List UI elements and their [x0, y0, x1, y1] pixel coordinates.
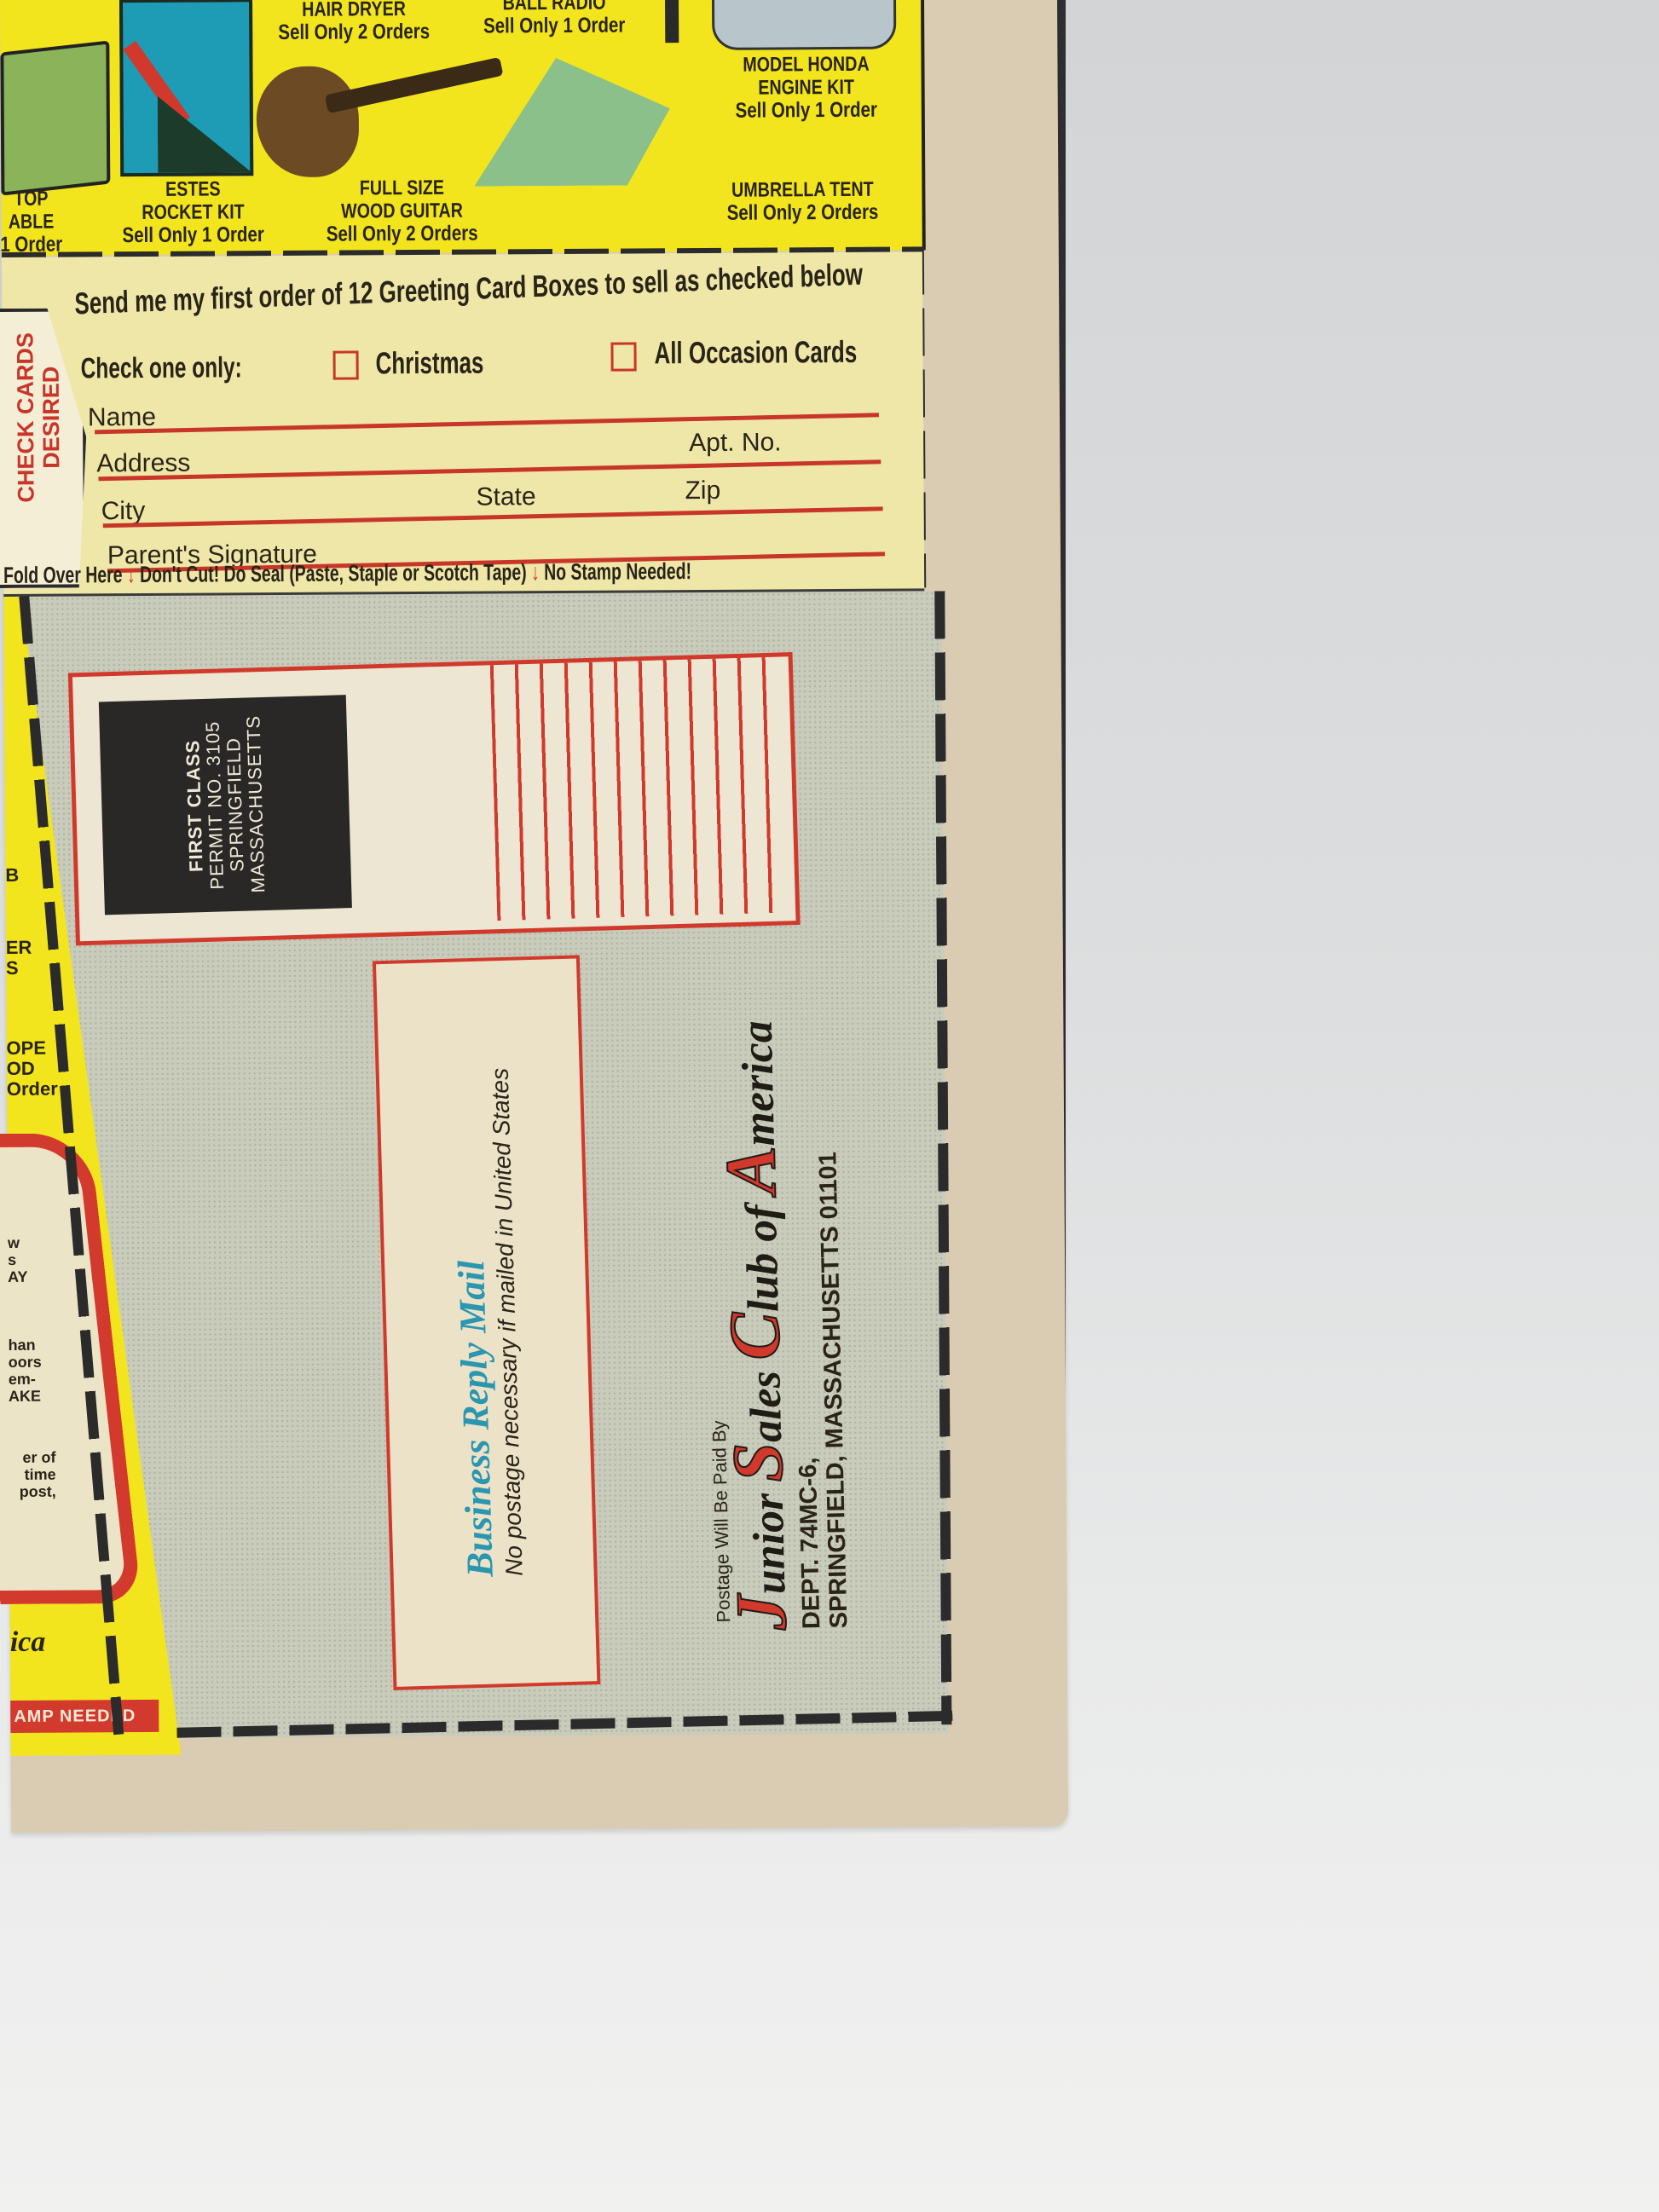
- left-ad-fragment: w s AY: [8, 1234, 28, 1285]
- fragment: em-: [9, 1371, 42, 1388]
- order-form: Send me my first order of 12 Greeting Ca…: [2, 251, 924, 595]
- fragment: AKE: [9, 1388, 42, 1405]
- left-ad-fragment: B: [5, 865, 19, 886]
- christmas-checkbox[interactable]: [333, 350, 359, 379]
- left-ad-fragment: OPE OD Order: [6, 1038, 57, 1100]
- fragment: time: [9, 1466, 56, 1483]
- prize-label-tent: UMBRELLA TENT Sell Only 2 Orders: [719, 178, 887, 225]
- prize-name: TOP ABLE: [0, 188, 63, 234]
- logo-initial: C: [715, 1311, 795, 1360]
- rocket-kit-box-illustration: [119, 0, 253, 176]
- tent-illustration: [473, 57, 670, 186]
- logo-word: ales: [741, 1360, 791, 1443]
- reply-text: Business Reply Mail No postage necessary…: [446, 1068, 529, 1578]
- all-occasion-label: All Occasion Cards: [654, 334, 857, 371]
- table-game-illustration: [0, 40, 110, 195]
- prize-name: MODEL HONDA ENGINE KIT: [725, 53, 887, 100]
- address-label: Address: [96, 449, 190, 479]
- left-ad-fragment: ER S: [6, 938, 32, 979]
- prize-label-radio: BALL RADIO Sell Only 1 Order: [471, 0, 639, 38]
- fragment: AY: [8, 1268, 27, 1285]
- city-label: City: [101, 497, 146, 526]
- fragment: OD: [7, 1059, 58, 1079]
- fragment: han: [9, 1337, 42, 1354]
- addressee-block: Postage Will Be Paid By Junior Sales Clu…: [698, 1019, 853, 1632]
- fragment: post,: [9, 1483, 56, 1500]
- logo-word: lub of: [737, 1193, 788, 1313]
- fragment: oors: [9, 1354, 42, 1371]
- fragment: s: [8, 1251, 27, 1268]
- prize-sell: Sell Only 2 Orders: [311, 222, 493, 245]
- prize-name: ESTES ROCKET KIT: [113, 177, 274, 224]
- christmas-label: Christmas: [375, 345, 483, 382]
- form-intro: Send me my first order of 12 Greeting Ca…: [74, 257, 863, 322]
- state-label: State: [476, 482, 535, 511]
- fragment: OPE: [6, 1038, 57, 1059]
- rocket-icon: [123, 41, 189, 126]
- prize-name: FULL SIZE WOOD GUITAR: [311, 176, 494, 222]
- business-reply-mail-box: Business Reply Mail No postage necessary…: [373, 955, 601, 1690]
- logo-initial: S: [718, 1441, 798, 1483]
- first-class-permit-box: FIRST CLASS PERMIT NO. 3105 SPRINGFIELD …: [68, 652, 801, 945]
- postal-bars: [490, 656, 787, 921]
- permit-indicia: FIRST CLASS PERMIT NO. 3105 SPRINGFIELD …: [99, 695, 352, 915]
- fragment: er of: [9, 1449, 55, 1466]
- comic-back-cover: TOP ABLE 1 Order ESTES ROCKET KIT Sell O…: [0, 0, 1068, 1833]
- permit-line: MASSACHUSETTS: [243, 715, 269, 893]
- fragment: B: [5, 865, 19, 886]
- prize-label-rocket: ESTES ROCKET KIT Sell Only 1 Order: [113, 177, 274, 247]
- fragment: Order: [7, 1079, 58, 1100]
- no-stamp-needed: No Stamp Needed!: [544, 558, 691, 585]
- fragment: ER: [6, 938, 32, 958]
- tab-line2: DESIRED: [38, 290, 65, 546]
- check-one-label: Check one only:: [81, 351, 242, 385]
- down-arrow-icon: ↓: [531, 559, 544, 585]
- dont-cut-seal: Don't Cut! Do Seal (Paste, Staple or Sco…: [140, 559, 527, 587]
- all-occasion-checkbox[interactable]: [610, 342, 636, 371]
- prize-label-table: TOP ABLE 1 Order: [0, 188, 63, 257]
- zip-label: Zip: [685, 476, 720, 505]
- prize-name: HAIR DRYER: [266, 0, 441, 21]
- fragment: w: [8, 1234, 27, 1251]
- address-field-line[interactable]: [98, 459, 881, 481]
- fragment: S: [6, 958, 32, 979]
- logo-word: merica: [733, 1020, 784, 1147]
- prize-sell: Sell Only 1 Order: [725, 99, 887, 123]
- prize-name: UMBRELLA TENT: [719, 178, 887, 202]
- left-ad-logo-fragment: ica: [10, 1632, 46, 1653]
- radio-strap-illustration: [665, 0, 679, 43]
- guitar-illustration: [256, 66, 359, 177]
- left-ad-fragment: han oors em- AKE: [9, 1337, 43, 1405]
- prize-label-guitar: FULL SIZE WOOD GUITAR Sell Only 2 Orders: [311, 176, 494, 245]
- check-cards-tab-label: CHECK CARDS DESIRED: [12, 290, 65, 546]
- prize-sell: Sell Only 1 Order: [113, 223, 274, 247]
- prize-sell: Sell Only 1 Order: [471, 14, 639, 38]
- prize-sell: Sell Only 2 Orders: [267, 20, 442, 44]
- honda-engine-illustration: [712, 0, 896, 50]
- permit-text: FIRST CLASS PERMIT NO. 3105 SPRINGFIELD …: [182, 715, 269, 895]
- prize-ad-panel: TOP ABLE 1 Order ESTES ROCKET KIT Sell O…: [0, 0, 926, 256]
- prize-sell: Sell Only 2 Orders: [719, 201, 887, 225]
- fold-over-here: Fold Over Here: [3, 562, 123, 588]
- fold-instructions: Fold Over Here ↓ Don't Cut! Do Seal (Pas…: [3, 557, 924, 589]
- prize-label-hair-dryer: HAIR DRYER Sell Only 2 Orders: [266, 0, 441, 44]
- apt-label: Apt. No.: [689, 428, 782, 458]
- left-ad-fragment: er of time post,: [9, 1449, 55, 1500]
- prize-label-honda: MODEL HONDA ENGINE KIT Sell Only 1 Order: [725, 53, 887, 123]
- tab-line1: CHECK CARDS: [12, 290, 39, 546]
- down-arrow-icon: ↓: [127, 562, 140, 587]
- logo-initial: A: [711, 1146, 791, 1195]
- guitar-neck-illustration: [325, 57, 504, 113]
- logo-initial: J: [721, 1593, 801, 1631]
- logo-word: unior: [743, 1481, 795, 1595]
- no-stamp-needed-bar: AMP NEEDED: [10, 1700, 159, 1733]
